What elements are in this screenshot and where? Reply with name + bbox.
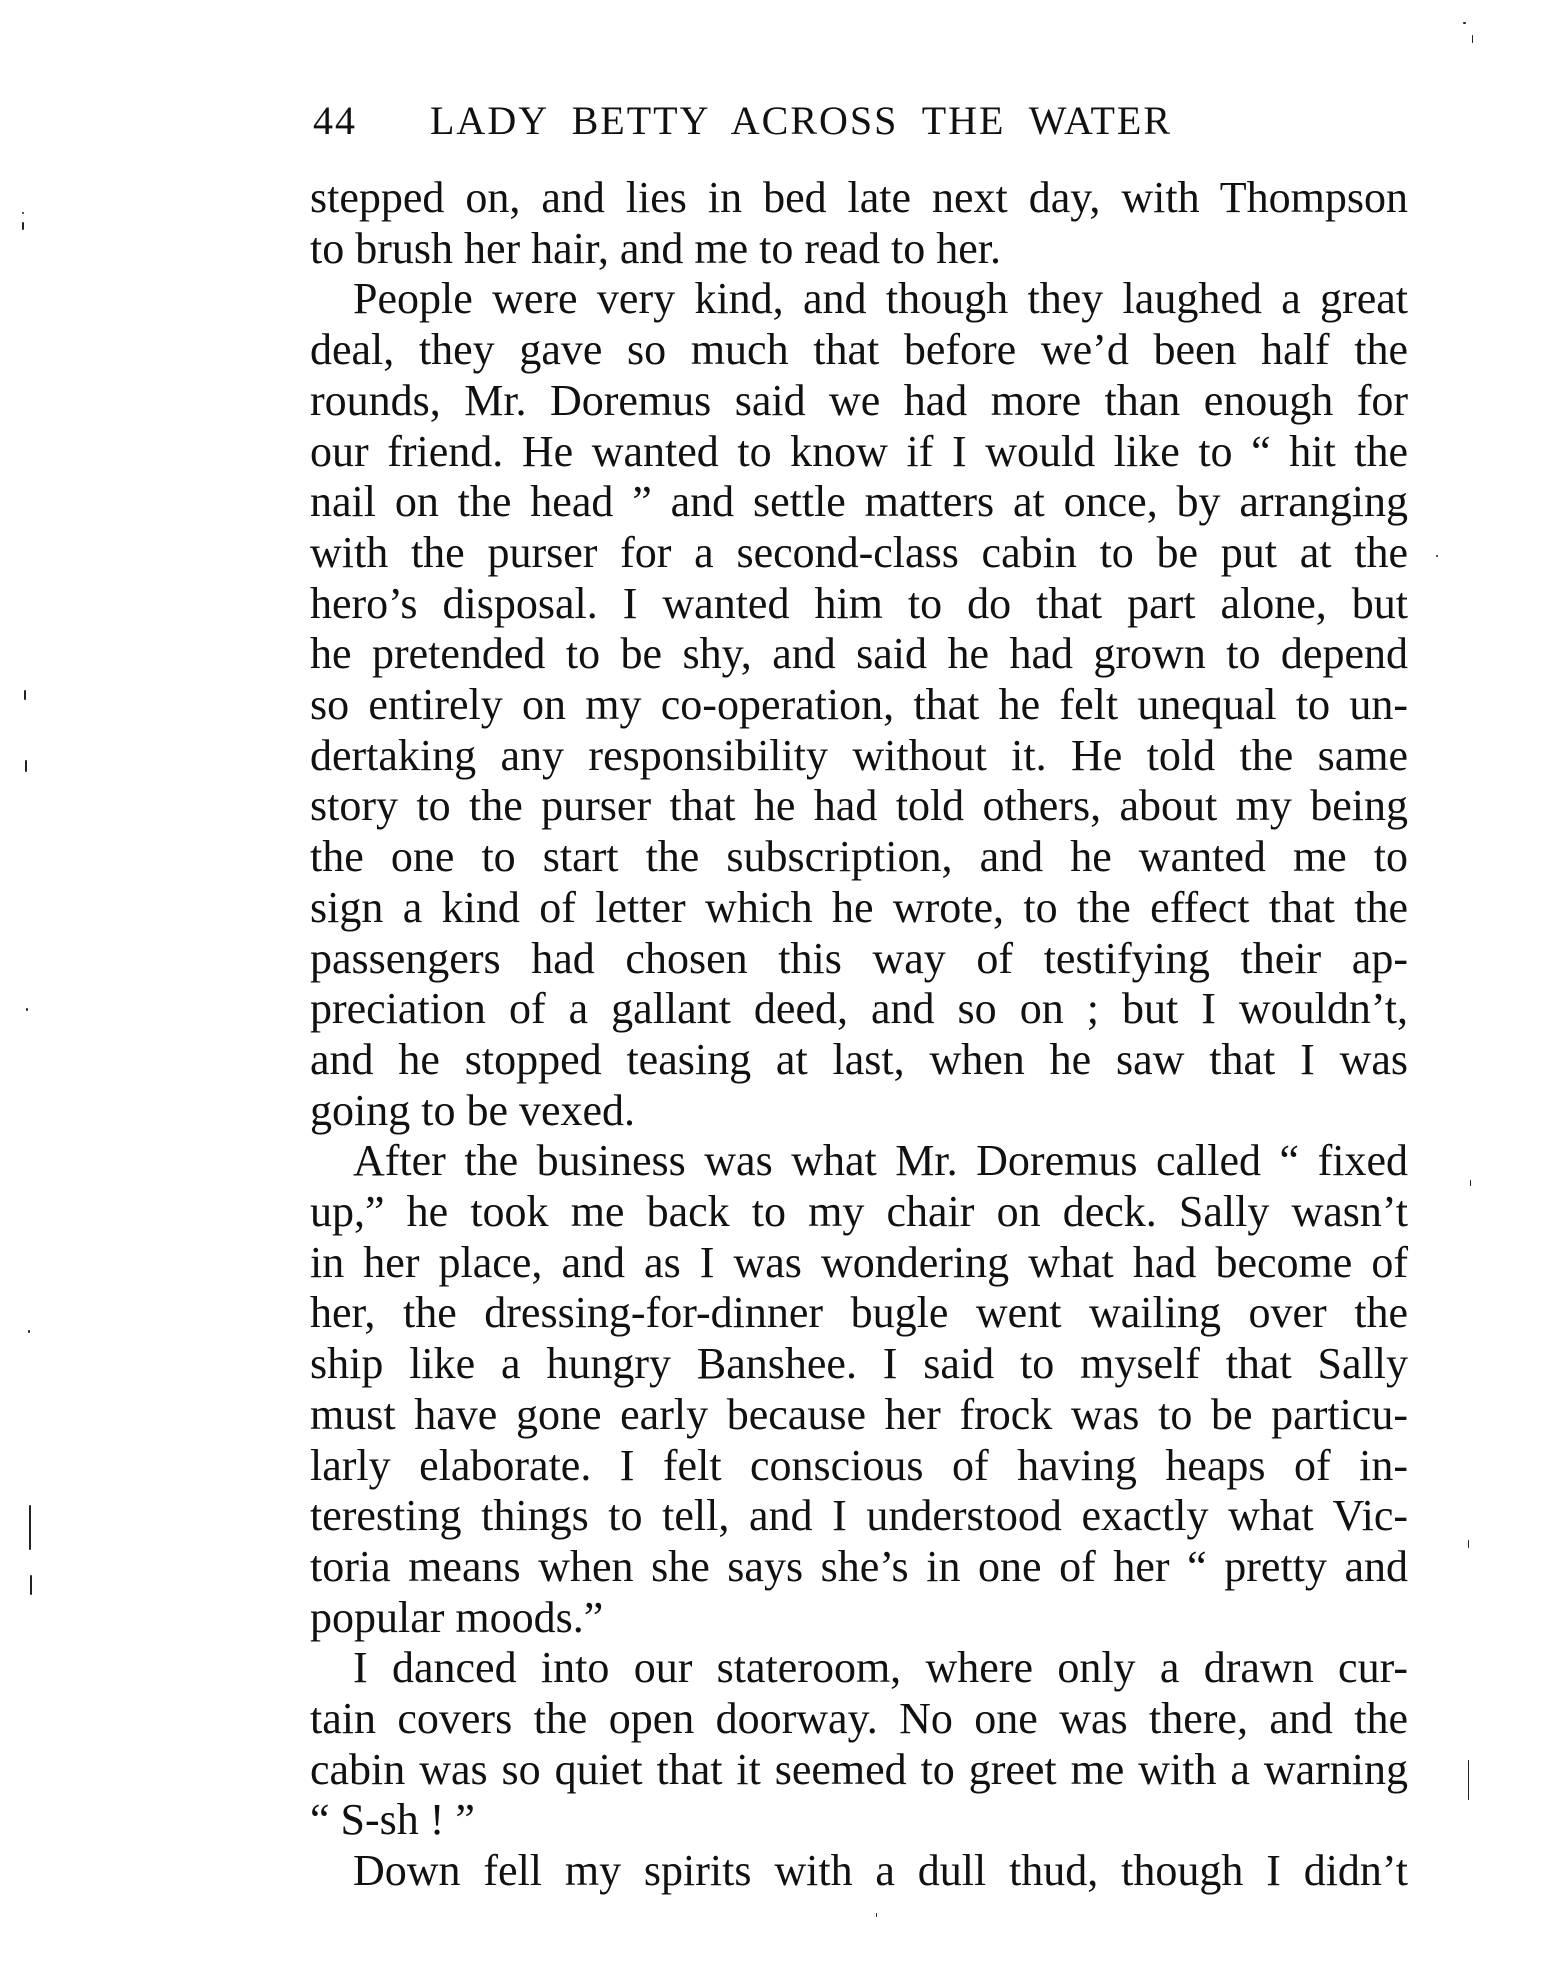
text-line: to brush her hair, and me to read to her… <box>310 223 1408 274</box>
scan-speck <box>1468 1540 1469 1548</box>
text-line: toria means when she says she’s in one o… <box>310 1541 1408 1592</box>
scan-speck <box>22 212 24 214</box>
text-line: deal, they gave so much that before we’d… <box>310 324 1408 375</box>
text-line: popular moods.” <box>310 1592 1408 1643</box>
book-title: LADY BETTY ACROSS THE WATER <box>430 96 1172 146</box>
text-line: After the business was what Mr. Doremus … <box>353 1135 1408 1186</box>
scan-speck <box>30 1575 32 1595</box>
text-line: teresting things to tell, and I understo… <box>310 1490 1408 1541</box>
scan-speck <box>26 1008 28 1011</box>
scan-speck <box>876 1913 877 1917</box>
text-line: going to be vexed. <box>310 1085 1408 1136</box>
text-line: larly elaborate. I felt conscious of hav… <box>310 1440 1408 1491</box>
text-line: I danced into our stateroom, where only … <box>353 1642 1408 1693</box>
page-number: 44 <box>313 96 357 146</box>
scan-speck <box>22 222 24 230</box>
text-line: the one to start the subscription, and h… <box>310 831 1408 882</box>
scan-speck <box>1470 1180 1471 1186</box>
text-line: hero’s disposal. I wanted him to do that… <box>310 578 1408 629</box>
text-line: in her place, and as I was wondering wha… <box>310 1237 1408 1288</box>
scan-speck <box>29 1505 31 1550</box>
scan-speck <box>1468 1760 1469 1800</box>
text-line: so entirely on my co-operation, that he … <box>310 679 1408 730</box>
text-line: “ S-sh ! ” <box>310 1794 1408 1845</box>
text-line: People were very kind, and though they l… <box>353 273 1408 324</box>
scan-speck <box>28 1330 30 1333</box>
text-line: ship like a hungry Banshee. I said to my… <box>310 1338 1408 1389</box>
text-line: dertaking any responsibility without it.… <box>310 730 1408 781</box>
text-line: our friend. He wanted to know if I would… <box>310 426 1408 477</box>
scan-speck <box>1472 35 1473 43</box>
text-line: Down fell my spirits with a dull thud, t… <box>353 1845 1408 1896</box>
text-line: story to the purser that he had told oth… <box>310 780 1408 831</box>
scan-speck <box>25 760 27 772</box>
text-line: up,” he took me back to my chair on deck… <box>310 1186 1408 1237</box>
text-line: and he stopped teasing at last, when he … <box>310 1034 1408 1085</box>
text-line: stepped on, and lies in bed late next da… <box>310 172 1408 223</box>
text-line: nail on the head ” and settle matters at… <box>310 476 1408 527</box>
text-line: passengers had chosen this way of testif… <box>310 933 1408 984</box>
scan-speck <box>1436 555 1438 557</box>
scan-speck <box>24 690 26 700</box>
running-head: 44 LADY BETTY ACROSS THE WATER <box>313 96 1313 146</box>
book-page: 44 LADY BETTY ACROSS THE WATER stepped o… <box>0 0 1554 1981</box>
scan-speck <box>1463 22 1466 24</box>
text-line: must have gone early because her frock w… <box>310 1389 1408 1440</box>
text-line: her, the dressing-for-dinner bugle went … <box>310 1287 1408 1338</box>
text-line: cabin was so quiet that it seemed to gre… <box>310 1744 1408 1795</box>
text-line: with the purser for a second-class cabin… <box>310 527 1408 578</box>
text-line: tain covers the open doorway. No one was… <box>310 1693 1408 1744</box>
text-line: sign a kind of letter which he wrote, to… <box>310 882 1408 933</box>
text-line: rounds, Mr. Doremus said we had more tha… <box>310 375 1408 426</box>
text-line: preciation of a gallant deed, and so on … <box>310 983 1408 1034</box>
text-line: he pretended to be shy, and said he had … <box>310 628 1408 679</box>
